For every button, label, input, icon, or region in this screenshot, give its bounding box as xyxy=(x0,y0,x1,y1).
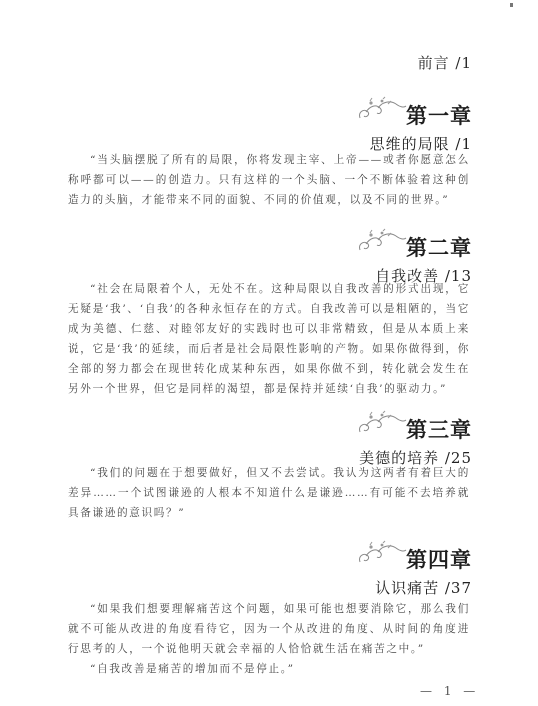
toc-chapter-3-heading[interactable]: 第三章 美德的培养 /25 xyxy=(356,410,472,468)
chapter-1-quote: “当头脑摆脱了所有的局限，你将发现主宰、上帝——或者你愿意怎么称呼都可以——的创… xyxy=(68,150,470,210)
floral-ornament-icon xyxy=(356,540,408,570)
chapter-4-quote-2: “自我改善是痛苦的增加而不是停止。” xyxy=(68,659,470,679)
chapter-3-quote: “我们的问题在于想要做好，但又不去尝试。我认为这两者有着巨大的差异……一个试图谦… xyxy=(68,463,470,523)
chapter-number: 第一章 xyxy=(406,104,472,128)
toc-preface-entry[interactable]: 前言 /1 xyxy=(418,52,472,73)
floral-ornament-icon xyxy=(356,96,408,126)
toc-chapter-2-heading[interactable]: 第二章 自我改善 /13 xyxy=(356,228,472,286)
floral-ornament-icon xyxy=(356,228,408,258)
chapter-number: 第二章 xyxy=(406,236,472,260)
scan-mark xyxy=(510,3,513,7)
floral-ornament-icon xyxy=(356,410,408,440)
toc-chapter-4-heading[interactable]: 第四章 认识痛苦 /37 xyxy=(356,540,472,598)
page-number: — 1 — xyxy=(420,684,479,698)
chapter-2-quote: “社会在局限着个人，无处不在。这种局限以自我改善的形式出现，它无疑是‘我’、‘自… xyxy=(68,279,470,399)
toc-chapter-1-heading[interactable]: 第一章 思维的局限 /1 xyxy=(356,96,472,154)
chapter-title: 认识痛苦 /37 xyxy=(356,577,472,598)
chapter-number: 第三章 xyxy=(406,418,472,442)
chapter-number: 第四章 xyxy=(406,548,472,572)
chapter-4-quote: “如果我们想要理解痛苦这个问题，如果可能也想要消除它，那么我们就不可能从改进的角… xyxy=(68,599,470,659)
